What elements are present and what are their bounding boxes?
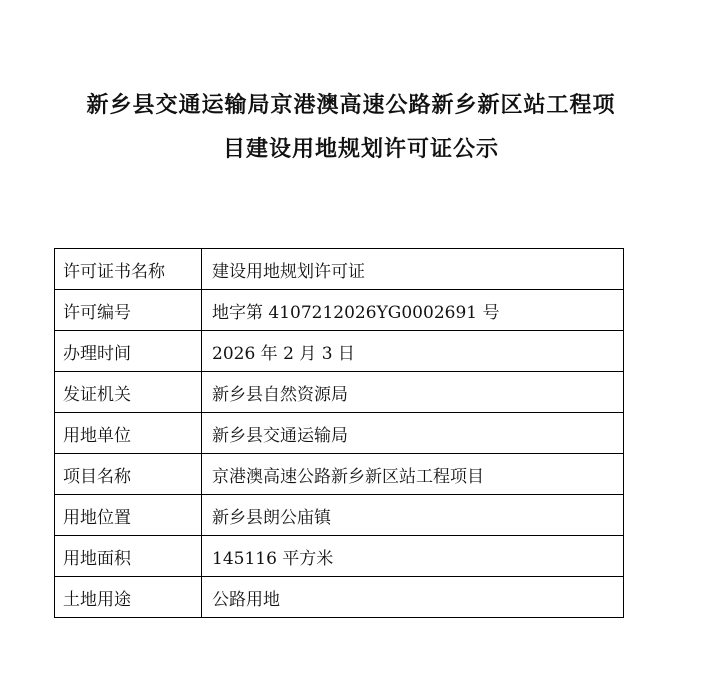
row-value: 地字第 4107212026YG0002691 号 [202, 290, 624, 331]
row-value: 新乡县交通运输局 [202, 413, 624, 454]
table-row: 用地面积 145116 平方米 [55, 536, 624, 577]
row-value: 新乡县朗公庙镇 [202, 495, 624, 536]
row-value: 新乡县自然资源局 [202, 372, 624, 413]
table-row: 用地位置 新乡县朗公庙镇 [55, 495, 624, 536]
table-row: 发证机关 新乡县自然资源局 [55, 372, 624, 413]
row-value: 建设用地规划许可证 [202, 249, 624, 290]
table-row: 办理时间 2026 年 2 月 3 日 [55, 331, 624, 372]
row-label: 项目名称 [55, 454, 202, 495]
table-row: 许可证书名称 建设用地规划许可证 [55, 249, 624, 290]
row-label: 用地位置 [55, 495, 202, 536]
row-label: 许可编号 [55, 290, 202, 331]
document-title-line-2: 目建设用地规划许可证公示 [0, 132, 722, 163]
row-label: 办理时间 [55, 331, 202, 372]
row-value: 145116 平方米 [202, 536, 624, 577]
row-label: 土地用途 [55, 577, 202, 618]
row-label: 用地单位 [55, 413, 202, 454]
row-label: 许可证书名称 [55, 249, 202, 290]
permit-info-table: 许可证书名称 建设用地规划许可证 许可编号 地字第 4107212026YG00… [54, 248, 624, 618]
document-title-line-1: 新乡县交通运输局京港澳高速公路新乡新区站工程项 [0, 88, 712, 119]
row-label: 用地面积 [55, 536, 202, 577]
row-label: 发证机关 [55, 372, 202, 413]
row-value: 2026 年 2 月 3 日 [202, 331, 624, 372]
table-row: 许可编号 地字第 4107212026YG0002691 号 [55, 290, 624, 331]
table-row: 项目名称 京港澳高速公路新乡新区站工程项目 [55, 454, 624, 495]
row-value: 京港澳高速公路新乡新区站工程项目 [202, 454, 624, 495]
row-value: 公路用地 [202, 577, 624, 618]
table-row: 用地单位 新乡县交通运输局 [55, 413, 624, 454]
table-row: 土地用途 公路用地 [55, 577, 624, 618]
